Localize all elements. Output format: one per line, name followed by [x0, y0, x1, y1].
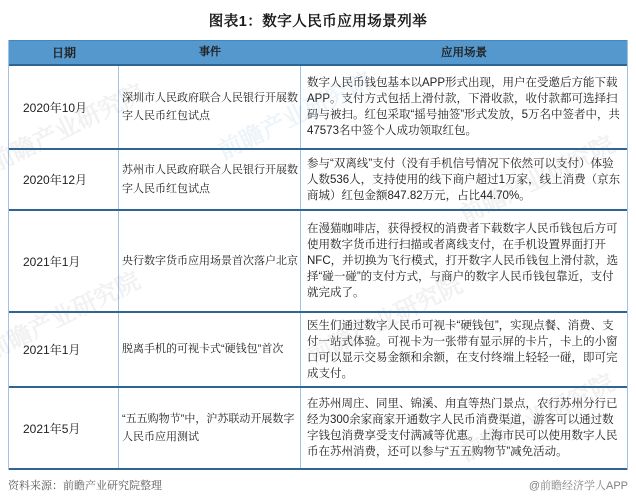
table-row: 2020年10月 深圳市人民政府联合人民银行开展数字人民币红包试点 数字人民币钱…	[9, 66, 627, 150]
cell-scenario: 参与“双离线”支付（没有手机信号情况下依然可以支付）体验人数536人，支持使用的…	[301, 150, 627, 209]
table-row: 2021年1月 央行数字货币应用场景首次落户北京 在漫猫咖啡店，获得授权的消费者…	[9, 211, 627, 313]
credit-note: @前瞻经济学人APP	[529, 477, 628, 493]
cell-event: “五五购物节”中，沪苏联动开展数字人民币应用测试	[119, 388, 301, 468]
header-date: 日期	[9, 41, 119, 64]
figure-page: 图表1：数字人民币应用场景列举 日期 事件 应用场景 2020年10月 深圳市人…	[0, 0, 636, 500]
cell-date: 2021年1月	[9, 313, 119, 386]
cell-scenario: 数字人民币钱包基本以APP形式出现，用户在受邀后方能下载APP。支付方式包括上滑…	[301, 66, 627, 148]
table-row: 2021年5月 “五五购物节”中，沪苏联动开展数字人民币应用测试 在苏州周庄、同…	[9, 388, 627, 470]
footer: 资料来源：前瞻产业研究院整理 @前瞻经济学人APP	[8, 477, 628, 493]
cell-date: 2020年12月	[9, 150, 119, 209]
header-scenario: 应用场景	[301, 41, 627, 64]
cell-event: 深圳市人民政府联合人民银行开展数字人民币红包试点	[119, 66, 301, 148]
cell-scenario: 在苏州周庄、同里、锦溪、甪直等热门景点，农行苏州分行已经为300余家商家开通数字…	[301, 388, 627, 468]
table-row: 2021年1月 脱离手机的可视卡式“硬钱包”首次 医生们通过数字人民币可视卡“硬…	[9, 313, 627, 388]
scenario-table: 日期 事件 应用场景 2020年10月 深圳市人民政府联合人民银行开展数字人民币…	[8, 40, 628, 470]
cell-date: 2021年1月	[9, 211, 119, 311]
cell-date: 2021年5月	[9, 388, 119, 468]
cell-scenario: 医生们通过数字人民币可视卡“硬钱包”，实现点餐、消费、支付一站式体验。可视卡为一…	[301, 313, 627, 386]
cell-scenario: 在漫猫咖啡店，获得授权的消费者下载数字人民币钱包后方可使用数字货币进行扫描或者离…	[301, 211, 627, 311]
cell-date: 2020年10月	[9, 66, 119, 148]
table-header-row: 日期 事件 应用场景	[9, 40, 627, 66]
cell-event: 苏州市人民政府联合人民银行开展数字人民币红包试点	[119, 150, 301, 209]
cell-event: 央行数字货币应用场景首次落户北京	[119, 211, 301, 311]
table-row: 2020年12月 苏州市人民政府联合人民银行开展数字人民币红包试点 参与“双离线…	[9, 150, 627, 211]
page-title: 图表1：数字人民币应用场景列举	[0, 10, 636, 31]
cell-event: 脱离手机的可视卡式“硬钱包”首次	[119, 313, 301, 386]
header-event: 事件	[119, 41, 301, 64]
source-note: 资料来源：前瞻产业研究院整理	[8, 477, 162, 493]
